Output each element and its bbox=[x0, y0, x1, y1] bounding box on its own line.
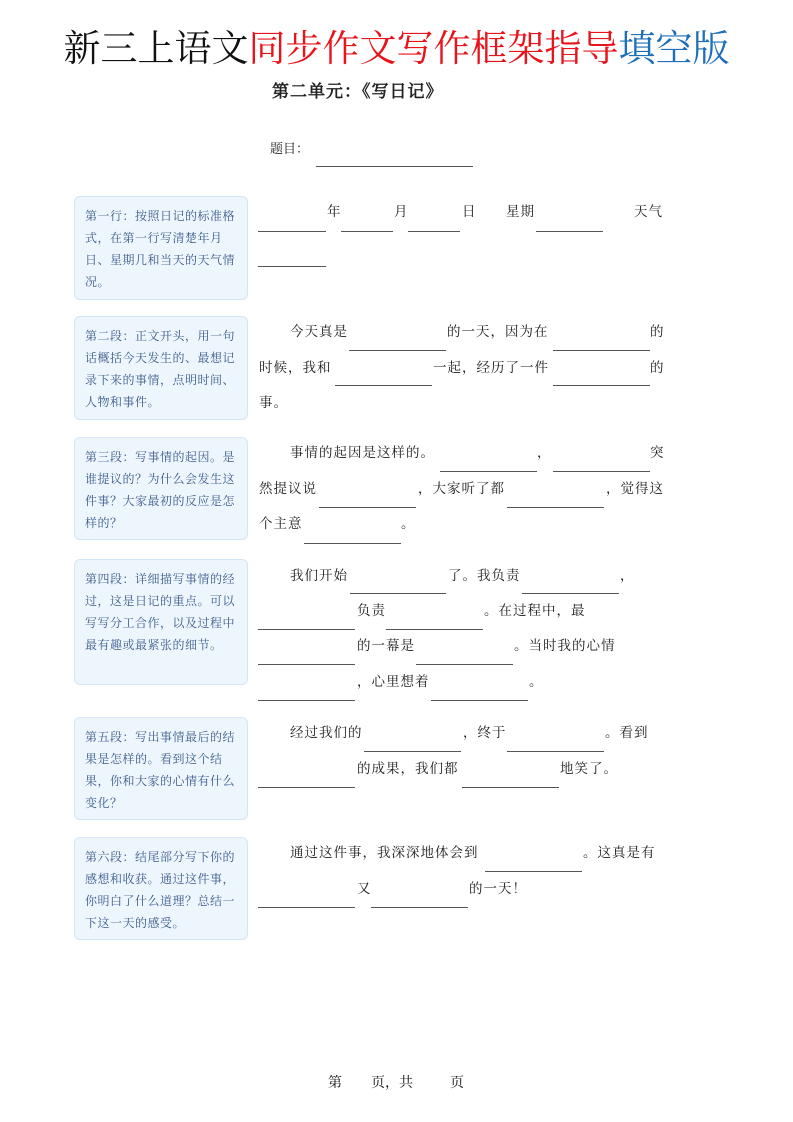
para2-blank-when[interactable] bbox=[553, 350, 650, 351]
para5-blank-outcome[interactable] bbox=[258, 787, 355, 788]
para2-text: 的 bbox=[650, 358, 665, 378]
month-blank[interactable] bbox=[341, 231, 393, 232]
guide-box-para5: 第五段：写出事情最后的结果是怎样的。看到这个结果，你和大家的心情有什么变化？ bbox=[74, 717, 248, 820]
para4-text: 了。我负责 bbox=[448, 566, 521, 586]
text-weather: 天气 bbox=[634, 202, 663, 222]
para2-text: 一起，经历了一件 bbox=[433, 358, 549, 378]
para5-text: 。看到 bbox=[605, 723, 649, 743]
para4-blank-feeling[interactable] bbox=[258, 700, 355, 701]
para4-text: 我们开始 bbox=[290, 566, 348, 586]
para6-blank-adj2[interactable] bbox=[371, 907, 468, 908]
para3-text: ，大家听了都 bbox=[418, 479, 505, 499]
para5-text: ，终于 bbox=[463, 723, 507, 743]
para4-blank-my-task[interactable] bbox=[522, 593, 619, 594]
para4-blank-scene[interactable] bbox=[416, 664, 513, 665]
para3-blank-idea[interactable] bbox=[304, 543, 401, 544]
para4-text: 的一幕是 bbox=[357, 636, 415, 656]
para2-text: 事。 bbox=[259, 393, 288, 413]
title-part-guide: 同步作文写作框架指导 bbox=[249, 27, 619, 70]
year-blank[interactable] bbox=[258, 231, 326, 232]
weekday-blank[interactable] bbox=[536, 231, 603, 232]
para6-text: 。这真是有 bbox=[583, 843, 656, 863]
para3-text: 个主意 bbox=[259, 514, 303, 534]
para4-text: 。当时我的心情 bbox=[514, 636, 616, 656]
para3-text: 突 bbox=[650, 443, 665, 463]
page-mid: 页，共 bbox=[371, 1073, 413, 1093]
para3-blank-proposal[interactable] bbox=[319, 507, 416, 508]
para6-blank-adj1[interactable] bbox=[258, 907, 355, 908]
para5-blank-manner[interactable] bbox=[462, 787, 559, 788]
para3-blank-who[interactable] bbox=[553, 471, 650, 472]
topic-label: 题目： bbox=[270, 140, 309, 160]
para3-blank-cause[interactable] bbox=[440, 471, 537, 472]
guide-box-line1: 第一行：按照日记的标准格式，在第一行写清楚年月日、星期几和当天的天气情况。 bbox=[74, 196, 248, 300]
para5-blank-effort[interactable] bbox=[364, 751, 461, 752]
para3-text: 然提议说 bbox=[259, 479, 317, 499]
para4-text: 。 bbox=[529, 672, 544, 692]
para5-text: 的成果，我们都 bbox=[357, 759, 459, 779]
unit-subtitle: 第二单元：《写日记》 bbox=[272, 80, 444, 104]
para4-blank-other-person[interactable] bbox=[258, 629, 355, 630]
guide-box-para3: 第三段：写事情的起因。是谁提议的？为什么会发生这件事？大家最初的反应是怎样的？ bbox=[74, 437, 248, 540]
para2-text: 的一天，因为在 bbox=[447, 322, 549, 342]
text-weekday: 星期 bbox=[506, 202, 535, 222]
guide-box-para2: 第二段：正文开头，用一句话概括今天发生的、最想记录下来的事情，点明时间、人物和事… bbox=[74, 316, 248, 420]
para5-text: 地笑了。 bbox=[560, 759, 618, 779]
weather-blank[interactable] bbox=[258, 266, 326, 267]
para4-text: 负责 bbox=[357, 601, 386, 621]
para4-blank-adjective[interactable] bbox=[258, 664, 355, 665]
text-day: 日 bbox=[462, 202, 477, 222]
topic-blank[interactable] bbox=[316, 166, 473, 167]
page-prefix: 第 bbox=[328, 1073, 342, 1093]
title-part-grade: 新三上语文 bbox=[64, 27, 249, 70]
para4-text: 。在过程中，最 bbox=[484, 601, 586, 621]
para4-text: ，心里想着 bbox=[357, 672, 430, 692]
para3-text: ，觉得这 bbox=[606, 479, 664, 499]
text-month: 月 bbox=[394, 202, 409, 222]
para3-text: 事情的起因是这样的。 bbox=[290, 443, 435, 463]
text-year: 年 bbox=[327, 202, 342, 222]
para2-blank-day-type[interactable] bbox=[349, 350, 446, 351]
para2-blank-event[interactable] bbox=[553, 385, 650, 386]
para4-blank-other-task[interactable] bbox=[386, 629, 483, 630]
para5-text: 经过我们的 bbox=[290, 723, 363, 743]
document-title: 新三上语文同步作文写作框架指导填空版 bbox=[0, 24, 793, 74]
para6-blank-lesson[interactable] bbox=[485, 871, 582, 872]
para2-blank-with-whom[interactable] bbox=[335, 385, 432, 386]
para2-text: 的 bbox=[650, 322, 665, 342]
para4-blank-activity[interactable] bbox=[350, 593, 446, 594]
para5-blank-result[interactable] bbox=[507, 751, 604, 752]
para3-text: ， bbox=[537, 443, 552, 463]
para6-text: 又 bbox=[357, 879, 372, 899]
para4-blank-thought[interactable] bbox=[431, 700, 528, 701]
title-part-fill: 填空版 bbox=[619, 27, 730, 70]
day-blank[interactable] bbox=[408, 231, 460, 232]
para6-text: 通过这件事，我深深地体会到 bbox=[290, 843, 479, 863]
para2-text: 今天真是 bbox=[290, 322, 348, 342]
para4-text: ， bbox=[620, 566, 635, 586]
guide-box-para4: 第四段：详细描写事情的经过，这是日记的重点。可以写写分工合作，以及过程中最有趣或… bbox=[74, 559, 248, 685]
para2-text: 时候，我和 bbox=[259, 358, 332, 378]
para6-text: 的一天！ bbox=[469, 879, 527, 899]
page-suffix: 页 bbox=[450, 1073, 464, 1093]
para3-blank-reaction[interactable] bbox=[507, 507, 604, 508]
guide-box-para6: 第六段：结尾部分写下你的感想和收获。通过这件事，你明白了什么道理？总结一下这一天… bbox=[74, 837, 248, 940]
para3-text: 。 bbox=[401, 514, 416, 534]
